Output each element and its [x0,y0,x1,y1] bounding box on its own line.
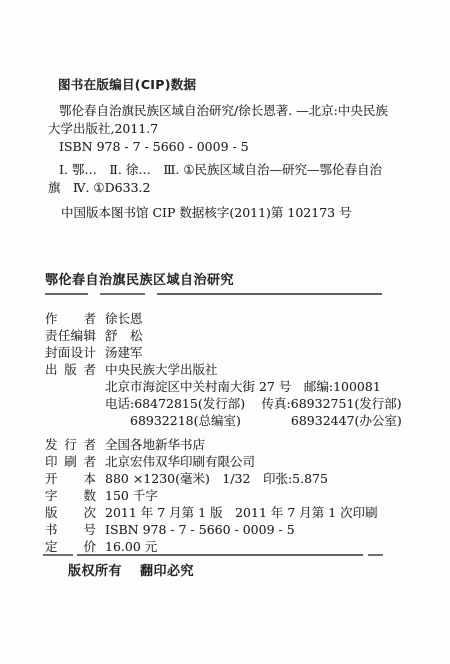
copyright-notice: 版权所有 翻印必究 [68,560,194,579]
row-value: 北京市海淀区中关村南大街 27 号 邮编:100081 [105,378,381,395]
row-value: 北京宏伟双华印刷有限公司 [105,453,255,470]
row-value: 16.00 元 [105,538,157,555]
cip-block: 图书在版编目(CIP)数据 鄂伦春自治旗民族区域自治研究/徐长恩著. —北京:中… [48,76,412,222]
row-value: 全国各地新华书店 [105,436,205,453]
row-label: 出 版 者 [45,361,96,378]
row-author: 作 者 徐长恩 [45,310,430,327]
row-value: 68932218(总编室) 68932447(办公室) [105,412,402,429]
row-value: 汤建军 [105,344,143,361]
row-value: 徐长恩 [105,310,143,327]
row-label: 封面设计 [45,344,96,361]
row-label [45,412,96,429]
row-value: ISBN 978 - 7 - 5660 - 0009 - 5 [105,521,295,538]
row-value: 880 ×1230(毫米) 1/32 印张:5.875 [105,470,328,487]
cip-line: 旗 Ⅳ. ①D633.2 [48,179,412,197]
cip-line: 鄂伦春自治旗民族区域自治研究/徐长恩著. —北京:中央民族 [48,102,412,120]
row-label: 责任编辑 [45,327,96,344]
row-publisher: 出 版 者 中央民族大学出版社 [45,361,430,378]
row-price: 定 价 16.00 元 [45,538,430,555]
cip-heading: 图书在版编目(CIP)数据 [48,76,412,94]
row-word-count: 字 数 150 千字 [45,487,430,504]
colophon-table: 作 者 徐长恩 责任编辑 舒 松 封面设计 汤建军 出 版 者 中央民族大学出版… [45,310,430,555]
row-value: 150 千字 [105,487,158,504]
row-phone-fax: 电话:68472815(发行部) 传真:68932751(发行部) [45,395,430,412]
row-printer: 印 刷 者 北京宏伟双华印刷有限公司 [45,453,430,470]
row-label [45,395,96,412]
book-title: 鄂伦春自治旗民族区域自治研究 [45,269,234,288]
cip-line: ISBN 978 - 7 - 5660 - 0009 - 5 [48,138,412,156]
title-divider-rule [45,293,382,295]
row-label: 印 刷 者 [45,453,96,470]
row-label: 发 行 者 [45,436,96,453]
row-label: 开 本 [45,470,96,487]
row-editor: 责任编辑 舒 松 [45,327,430,344]
row-phone-offices: 68932218(总编室) 68932447(办公室) [45,412,430,429]
row-value: 电话:68472815(发行部) 传真:68932751(发行部) [105,395,402,412]
row-label: 定 价 [45,538,96,555]
row-label: 书 号 [45,521,96,538]
row-edition: 版 次 2011 年 7 月第 1 版 2011 年 7 月第 1 次印刷 [45,504,430,521]
copyright-page-scan: 图书在版编目(CIP)数据 鄂伦春自治旗民族区域自治研究/徐长恩著. —北京:中… [0,0,450,664]
cip-line: Ⅰ. 鄂… Ⅱ. 徐… Ⅲ. ①民族区域自治—研究—鄂伦春自治 [48,161,412,179]
row-isbn: 书 号 ISBN 978 - 7 - 5660 - 0009 - 5 [45,521,430,538]
row-cover-design: 封面设计 汤建军 [45,344,430,361]
row-distributor: 发 行 者 全国各地新华书店 [45,436,430,453]
notice-part-2: 翻印必究 [140,564,194,579]
cip-record-number: 中国版本图书馆 CIP 数据核字(2011)第 102173 号 [48,204,412,222]
row-label: 字 数 [45,487,96,504]
row-value: 中央民族大学出版社 [105,361,218,378]
cip-line: 大学出版社,2011.7 [48,120,412,138]
row-publisher-address: 北京市海淀区中关村南大街 27 号 邮编:100081 [45,378,430,395]
bottom-divider-rule [43,554,383,556]
row-label: 作 者 [45,310,96,327]
row-format: 开 本 880 ×1230(毫米) 1/32 印张:5.875 [45,470,430,487]
row-value: 2011 年 7 月第 1 版 2011 年 7 月第 1 次印刷 [105,504,378,521]
notice-part-1: 版权所有 [68,564,122,579]
row-value: 舒 松 [105,327,143,344]
row-label: 版 次 [45,504,96,521]
row-label [45,378,96,395]
